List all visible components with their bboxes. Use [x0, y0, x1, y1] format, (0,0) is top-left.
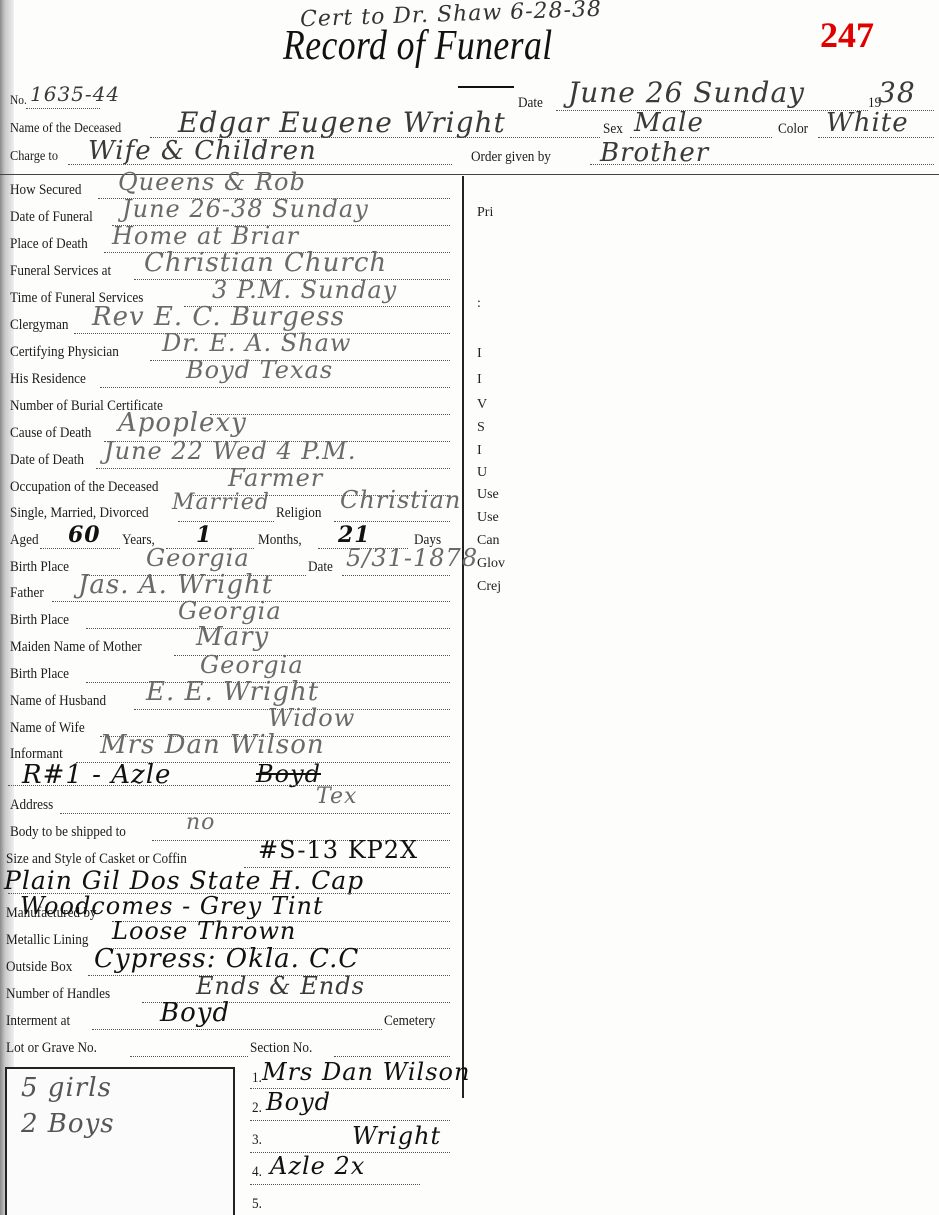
- interment-value: Boyd: [160, 998, 230, 1028]
- birth-date-value: 5/31-1878: [346, 544, 478, 572]
- wife-label: Name of Wife: [10, 720, 85, 737]
- field-line: [100, 387, 450, 388]
- field-value-how-secured: Queens & Rob: [118, 168, 306, 196]
- fragment-text: Glov: [477, 556, 505, 572]
- field-label-certifying-physician: Certifying Physician: [10, 344, 119, 361]
- fragment-text: S: [477, 420, 485, 436]
- address-value: Tex: [316, 784, 357, 809]
- lining-value: Loose Thrown: [112, 917, 296, 945]
- field-value-clergyman: Rev E. C. Burgess: [92, 302, 345, 332]
- fragment-text: :: [477, 296, 481, 312]
- list-line: [250, 1120, 450, 1121]
- list-item: Mrs Dan Wilson: [262, 1058, 470, 1086]
- field-label-place-of-death: Place of Death: [10, 236, 88, 253]
- fragment-text: Crej: [477, 579, 501, 595]
- field-label-residence: His Residence: [10, 371, 86, 388]
- fragment-text: I: [477, 346, 482, 362]
- section-label: Section No.: [250, 1040, 312, 1057]
- interment-line: [92, 1029, 382, 1030]
- list-line: [250, 1184, 420, 1185]
- order-label: Order given by: [471, 149, 551, 166]
- marital-value: Married: [172, 490, 270, 515]
- notes-line2: 2 Boys: [21, 1109, 115, 1139]
- field-value-residence: Boyd Texas: [186, 356, 333, 384]
- birth-date-line: [342, 575, 450, 576]
- birth-date-label: Date: [308, 559, 333, 576]
- field-value-cause-of-death: Apoplexy: [118, 408, 247, 438]
- notes-box: 5 girls 2 Boys: [5, 1067, 235, 1215]
- field-label-clergyman: Clergyman: [10, 317, 68, 334]
- address-label: Address: [10, 797, 53, 814]
- aged-years-value: 60: [68, 522, 101, 548]
- list-item: Boyd: [266, 1088, 331, 1116]
- fragment-text: Pri: [477, 205, 493, 221]
- field-value-place-of-death: Home at Briar: [112, 222, 299, 250]
- field-value-occupation: Farmer: [228, 464, 323, 492]
- list-item: Azle 2x: [270, 1152, 365, 1180]
- field-label-how-secured: How Secured: [10, 182, 81, 199]
- cemetery-label: Cemetery: [384, 1013, 435, 1030]
- charge-label: Charge to: [10, 149, 58, 165]
- color-value: White: [826, 108, 909, 138]
- handles-label: Number of Handles: [6, 986, 110, 1003]
- address-struck-value: Boyd: [256, 760, 321, 788]
- religion-value: Christian: [340, 486, 461, 514]
- mother-birth-place-value: Georgia: [200, 651, 304, 679]
- no-label: No.: [10, 92, 27, 108]
- fragment-text: U: [477, 465, 487, 481]
- field-label-funeral-services-at: Funeral Services at: [10, 263, 111, 280]
- lot-line: [130, 1056, 248, 1057]
- fragment-text: Can: [477, 533, 500, 549]
- list-item: Wright: [352, 1122, 441, 1150]
- outside-box-value: Cypress: Okla. C.C: [94, 944, 359, 974]
- field-value-date-of-funeral: June 26-38 Sunday: [122, 195, 369, 223]
- address-line1-rule: [8, 785, 450, 786]
- field-label-date-of-funeral: Date of Funeral: [10, 209, 93, 226]
- fragment-text: I: [477, 443, 482, 459]
- record-number: 1635-44: [30, 82, 120, 106]
- date-label: Date: [518, 95, 543, 112]
- list-number: 2.: [252, 1100, 262, 1117]
- lot-label: Lot or Grave No.: [6, 1040, 97, 1057]
- marital-label: Single, Married, Divorced: [10, 505, 149, 522]
- outside-box-label: Outside Box: [6, 959, 72, 976]
- color-label: Color: [778, 121, 808, 138]
- field-label-date-of-death: Date of Death: [10, 452, 84, 469]
- date-line: [556, 110, 868, 111]
- order-value: Brother: [600, 138, 709, 168]
- fragment-text: Use: [477, 487, 499, 503]
- page-number: 247: [820, 14, 874, 56]
- deceased-name: Edgar Eugene Wright: [178, 106, 506, 139]
- title-rule: [458, 86, 514, 88]
- charge-value: Wife & Children: [88, 136, 317, 166]
- husband-label: Name of Husband: [10, 693, 106, 710]
- list-number: 5.: [252, 1196, 262, 1213]
- aged-label: Aged: [10, 532, 39, 549]
- list-number: 1.: [252, 1070, 262, 1087]
- father-birth-place-label: Birth Place: [10, 612, 69, 629]
- fragment-text: V: [477, 397, 487, 413]
- handles-value: Ends & Ends: [196, 972, 365, 1000]
- field-value-certifying-physician: Dr. E. A. Shaw: [162, 329, 351, 357]
- manufacturer-value: Woodcomes - Grey Tint: [20, 892, 324, 920]
- father-value: Jas. A. Wright: [78, 570, 273, 600]
- husband-value: E. E. Wright: [146, 677, 319, 707]
- field-label-cause-of-death: Cause of Death: [10, 425, 91, 442]
- list-number: 3.: [252, 1132, 262, 1149]
- wife-value: Widow: [268, 704, 355, 732]
- section-line: [334, 1056, 450, 1057]
- date-value: June 26 Sunday: [568, 76, 805, 109]
- aged-years-line: [40, 548, 120, 549]
- funeral-record-page: Cert to Dr. Shaw 6-28-38 Record of Funer…: [0, 0, 939, 1215]
- shipped-label: Body to be shipped to: [10, 824, 126, 841]
- father-birth-place-value: Georgia: [178, 597, 282, 625]
- year-value: 38: [878, 76, 916, 109]
- list-number: 4.: [252, 1164, 262, 1181]
- mother-value: Mary: [196, 622, 269, 652]
- field-value-time-of-services: 3 P.M. Sunday: [212, 276, 397, 304]
- column-divider: [462, 176, 464, 1098]
- religion-label: Religion: [276, 505, 321, 522]
- field-label-occupation: Occupation of the Deceased: [10, 479, 158, 496]
- address-line: [60, 813, 450, 814]
- birth-place-label: Birth Place: [10, 559, 69, 576]
- field-value-funeral-services-at: Christian Church: [144, 248, 387, 278]
- no-line: [26, 108, 100, 109]
- page-title: Record of Funeral: [283, 22, 553, 70]
- mother-label: Maiden Name of Mother: [10, 639, 142, 656]
- father-label: Father: [10, 585, 44, 602]
- fragment-text: Use: [477, 510, 499, 526]
- months-label: Months,: [258, 532, 302, 549]
- sex-value: Male: [634, 108, 704, 138]
- field-value-date-of-death: June 22 Wed 4 P.M.: [104, 437, 356, 465]
- fragment-text: I: [477, 372, 482, 388]
- interment-label: Interment at: [6, 1013, 70, 1030]
- casket-line2: Plain Gil Dos State H. Cap: [4, 866, 364, 895]
- mother-birth-place-label: Birth Place: [10, 666, 69, 683]
- informant-value: Mrs Dan Wilson: [100, 730, 325, 760]
- shipped-value: no: [186, 810, 215, 835]
- marital-line: [178, 521, 274, 522]
- sex-label: Sex: [603, 121, 623, 138]
- birth-place-value: Georgia: [146, 544, 250, 572]
- casket-value: #S-13 KP2X: [258, 836, 418, 864]
- lining-label: Metallic Lining: [6, 932, 88, 949]
- notes-line1: 5 girls: [21, 1073, 112, 1103]
- deceased-label: Name of the Deceased: [10, 121, 121, 137]
